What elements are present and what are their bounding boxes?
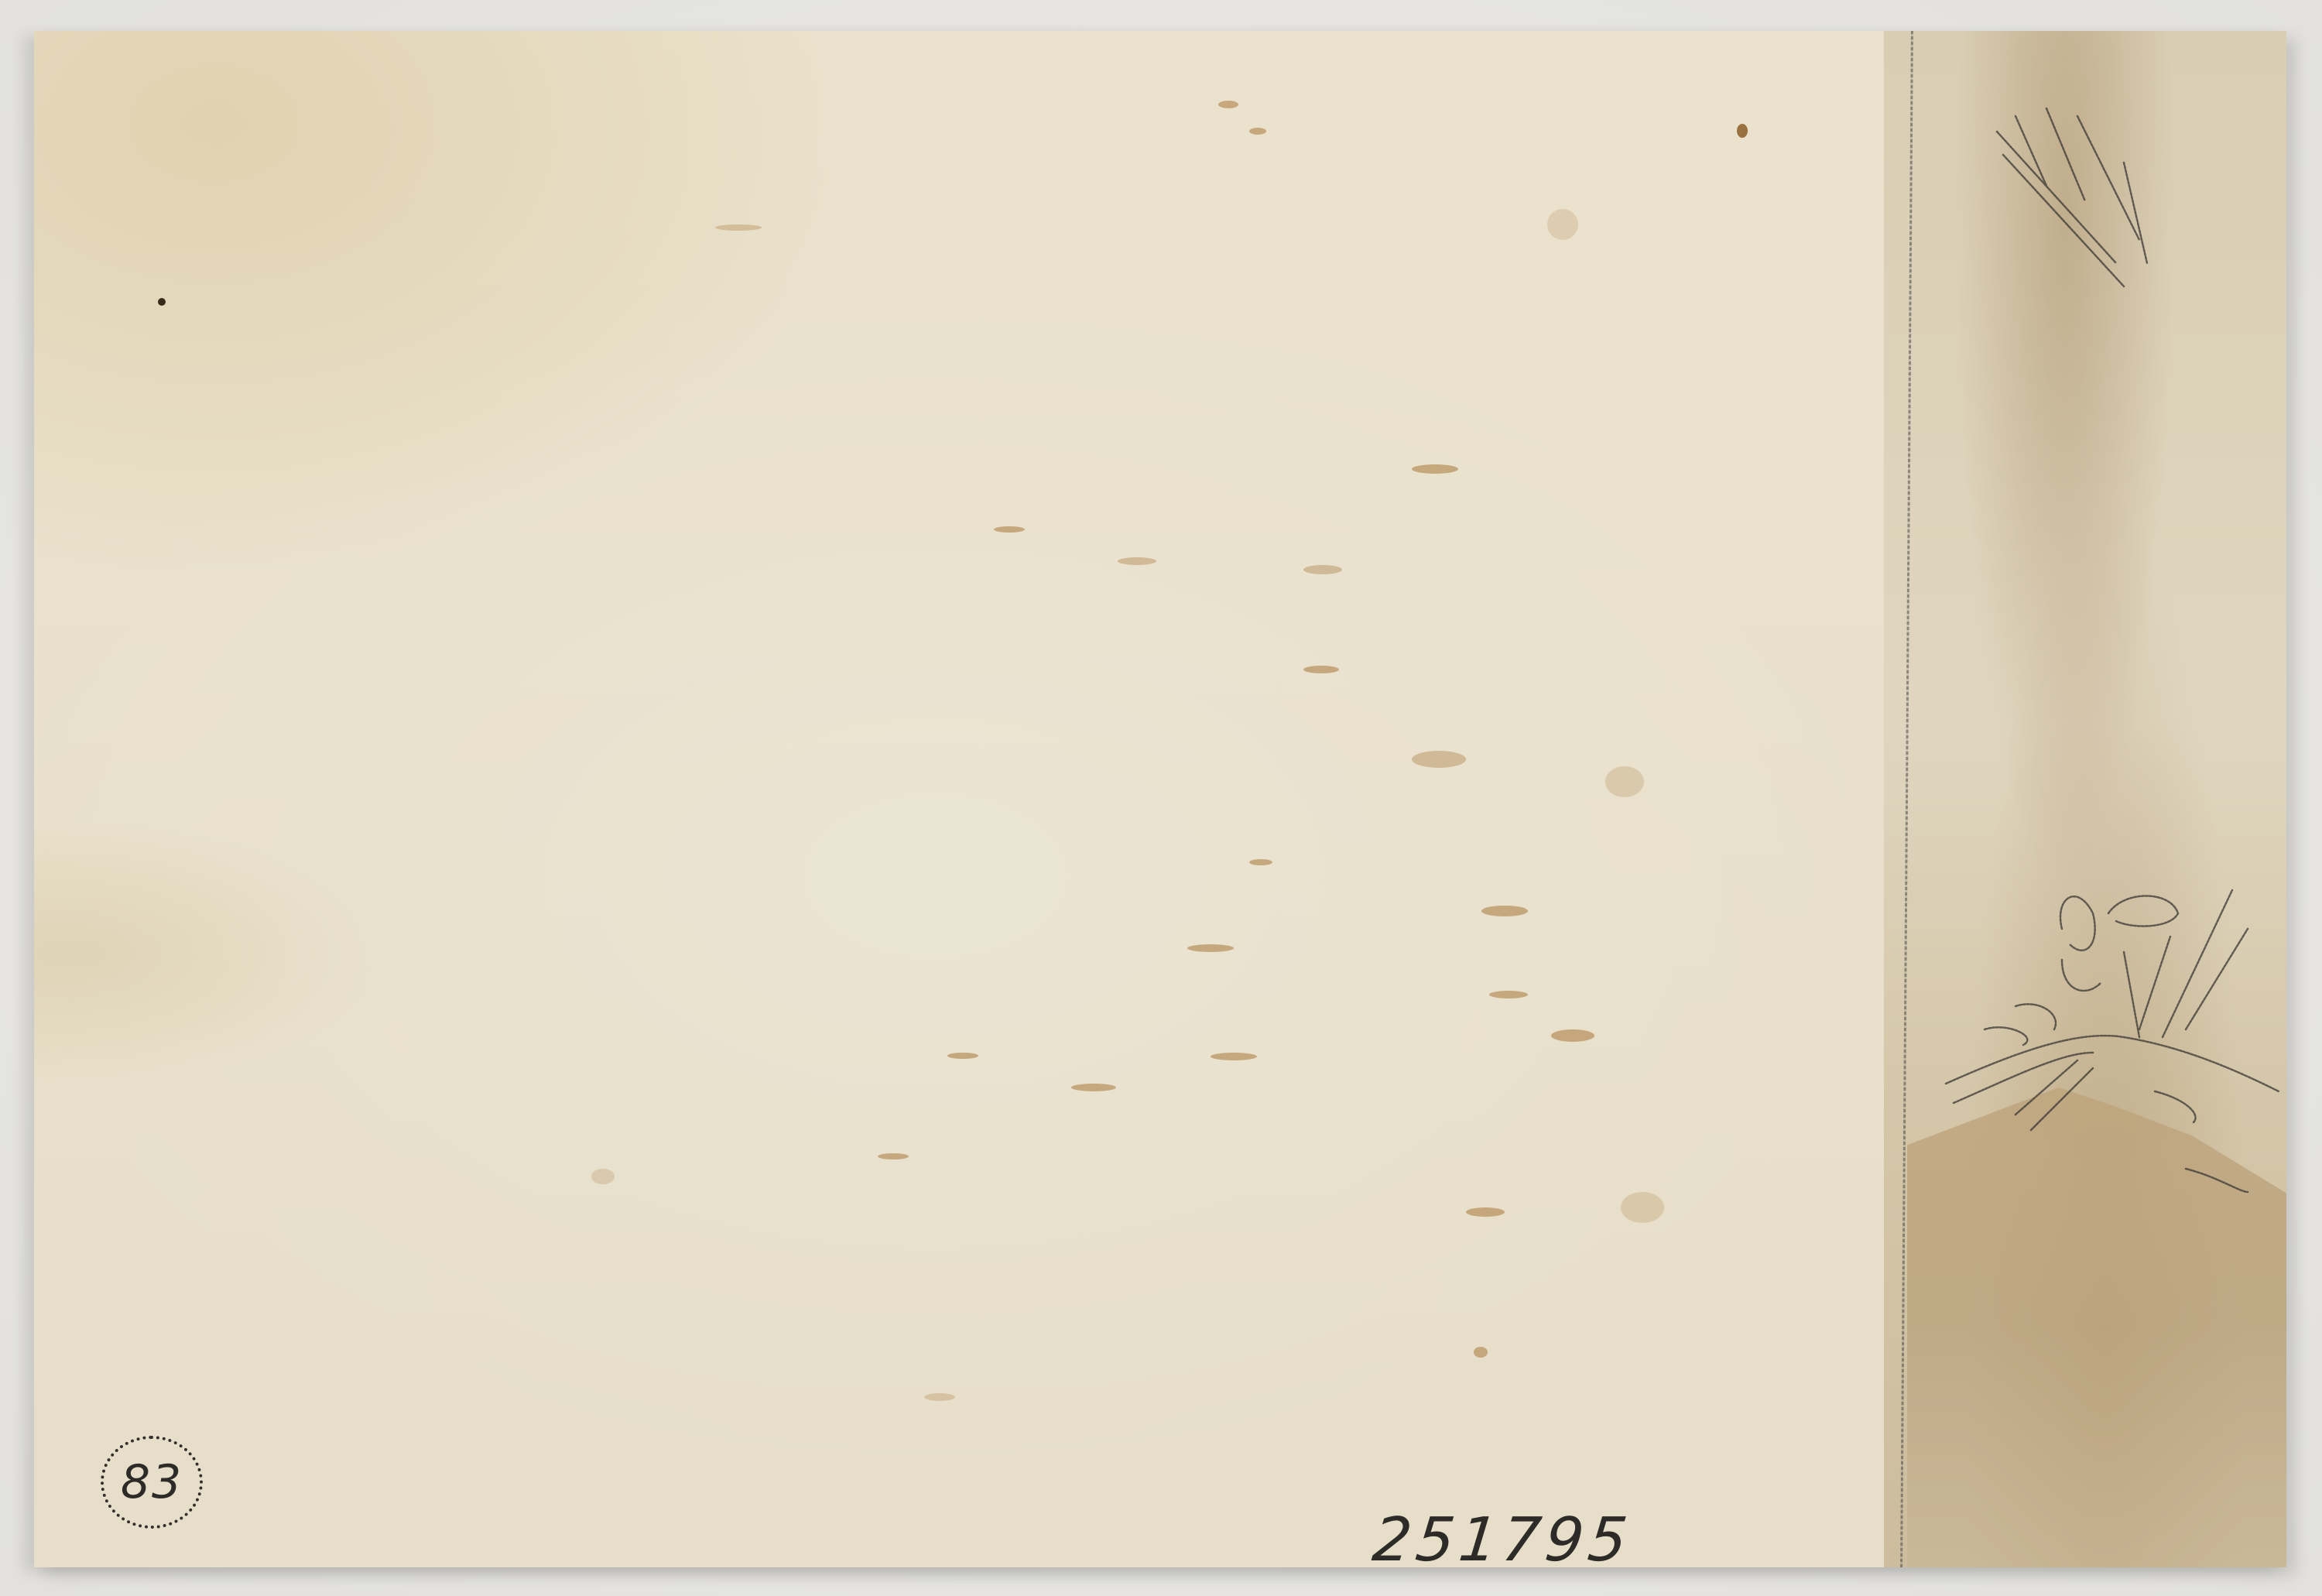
paper-sheet: 83 251795 bbox=[34, 31, 2286, 1567]
inventory-number: 251795 bbox=[1369, 1505, 1635, 1567]
circled-number-mark: 83 bbox=[101, 1436, 203, 1529]
pencil-sketch bbox=[34, 31, 2286, 1567]
circled-number-text: 83 bbox=[121, 1455, 183, 1509]
